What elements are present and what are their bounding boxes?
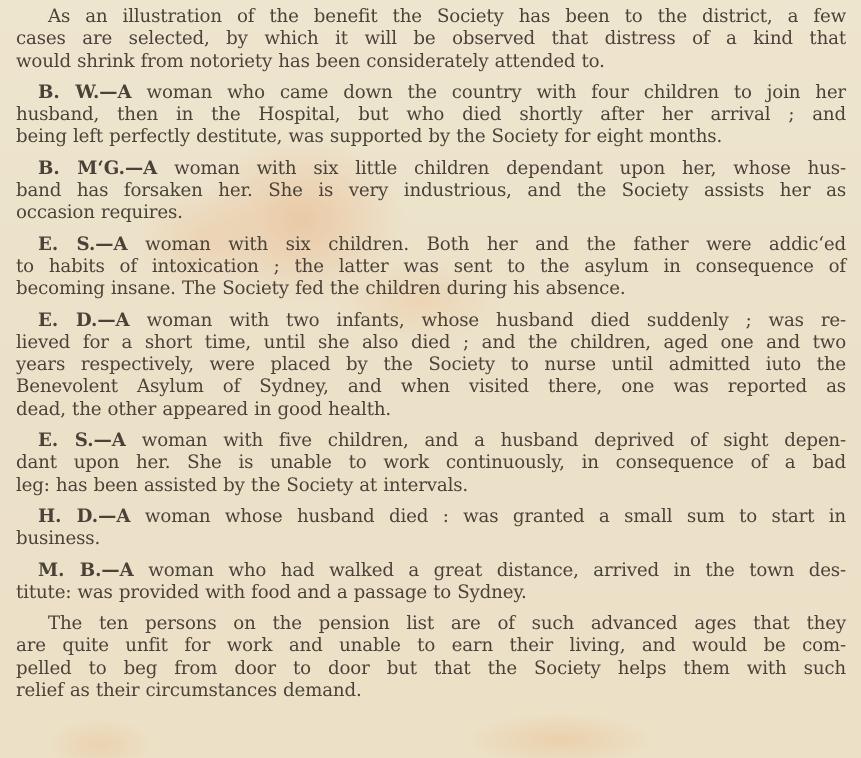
closing-paragraph: The ten persons on the pension list are … bbox=[16, 613, 846, 702]
text-line: becoming insane. The Society fed the chi… bbox=[16, 278, 846, 300]
text-line: lieved for a short time, until she also … bbox=[16, 332, 846, 354]
text-line: would shrink from notoriety has been con… bbox=[16, 51, 846, 73]
case-hd: H. D.—A woman whose husband died : was g… bbox=[16, 506, 846, 551]
text-line: B. W.—A woman who came down the country … bbox=[16, 82, 846, 104]
case-initials: B. W.—A bbox=[38, 82, 132, 103]
case-es-2: E. S.—A woman with five children, and a … bbox=[16, 430, 846, 497]
text-line: pelled to beg from door to door but that… bbox=[16, 658, 846, 680]
text-line: husband, then in the Hospital, but who d… bbox=[16, 104, 846, 126]
case-initials: B. M‘G.—A bbox=[38, 158, 157, 179]
text-line: M. B.—A woman who had walked a great dis… bbox=[16, 560, 846, 582]
text-line: H. D.—A woman whose husband died : was g… bbox=[16, 506, 846, 528]
text-line: dant upon her. She is unable to work con… bbox=[16, 452, 846, 474]
case-initials: E. D.—A bbox=[38, 310, 130, 331]
scanned-page: As an illustration of the benefit the So… bbox=[0, 0, 861, 758]
text-line: occasion requires. bbox=[16, 202, 846, 224]
case-initials: M. B.—A bbox=[38, 560, 134, 581]
text-line: As an illustration of the benefit the So… bbox=[16, 6, 846, 28]
document-body: As an illustration of the benefit the So… bbox=[16, 6, 846, 711]
text-line: years respectively, were placed by the S… bbox=[16, 354, 846, 376]
text-line: band has forsaken her. She is very indus… bbox=[16, 180, 846, 202]
text-line: being left perfectly destitute, was supp… bbox=[16, 126, 846, 148]
case-bmg: B. M‘G.—A woman with six little children… bbox=[16, 158, 846, 225]
intro-paragraph: As an illustration of the benefit the So… bbox=[16, 6, 846, 73]
text-line: E. D.—A woman with two infants, whose hu… bbox=[16, 310, 846, 332]
text-line: relief as their circumstances demand. bbox=[16, 680, 846, 702]
text-line: B. M‘G.—A woman with six little children… bbox=[16, 158, 846, 180]
text-line: E. S.—A woman with six children. Both he… bbox=[16, 234, 846, 256]
text-line: to habits of intoxication ; the latter w… bbox=[16, 256, 846, 278]
text-line: business. bbox=[16, 528, 846, 550]
text-line: The ten persons on the pension list are … bbox=[16, 613, 846, 635]
case-ed: E. D.—A woman with two infants, whose hu… bbox=[16, 310, 846, 421]
text-line: cases are selected, by which it will be … bbox=[16, 28, 846, 50]
text-line: titute: was provided with food and a pas… bbox=[16, 582, 846, 604]
text-line: Benevolent Asylum of Sydney, and when vi… bbox=[16, 376, 846, 398]
case-bw: B. W.—A woman who came down the country … bbox=[16, 82, 846, 149]
case-mb: M. B.—A woman who had walked a great dis… bbox=[16, 560, 846, 605]
text-line: dead, the other appeared in good health. bbox=[16, 399, 846, 421]
case-initials: E. S.—A bbox=[38, 430, 126, 451]
text-line: leg: has been assisted by the Society at… bbox=[16, 475, 846, 497]
text-line: are quite unfit for work and unable to e… bbox=[16, 635, 846, 657]
case-initials: E. S.—A bbox=[38, 234, 128, 255]
case-initials: H. D.—A bbox=[38, 506, 130, 527]
case-es-1: E. S.—A woman with six children. Both he… bbox=[16, 234, 846, 301]
text-line: E. S.—A woman with five children, and a … bbox=[16, 430, 846, 452]
